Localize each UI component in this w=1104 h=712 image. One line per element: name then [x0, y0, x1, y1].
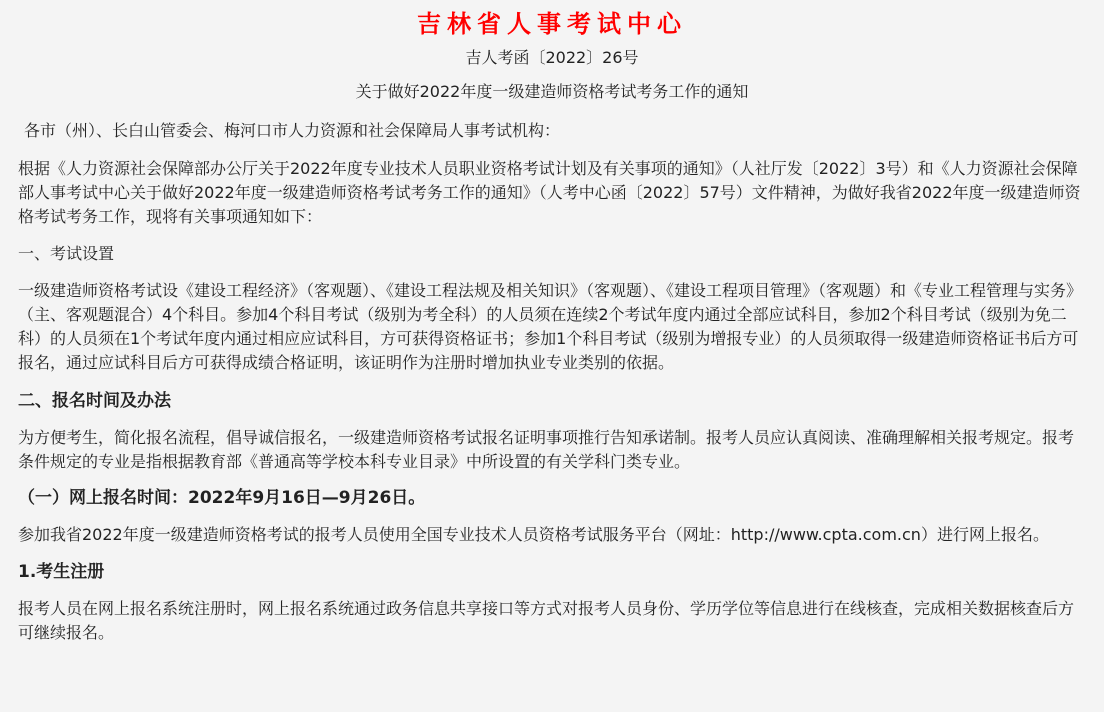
section2-body: 为方便考生，简化报名流程，倡导诚信报名，一级建造师资格考试报名证明事项推行告知承… [18, 426, 1086, 474]
section1-body: 一级建造师资格考试设《建设工程经济》（客观题）、《建设工程法规及相关知识》（客观… [18, 279, 1086, 375]
section1-heading: 一、考试设置 [18, 242, 1086, 266]
registration-text-after-link: ）进行网上报名。 [921, 525, 1049, 544]
cpta-link[interactable]: http://www.cpta.com.cn [731, 525, 921, 544]
online-registration-paragraph: 参加我省2022年度一级建造师资格考试的报考人员使用全国专业技术人员资格考试服务… [18, 523, 1086, 547]
section2-heading: 二、报名时间及办法 [18, 389, 1086, 413]
registration-text-before-link: 参加我省2022年度一级建造师资格考试的报考人员使用全国专业技术人员资格考试服务… [18, 525, 731, 544]
candidate-registration-body: 报考人员在网上报名系统注册时，网上报名系统通过政务信息共享接口等方式对报考人员身… [18, 597, 1086, 645]
document-number: 吉人考函〔2022〕26号 [18, 43, 1086, 73]
candidate-registration-heading: 1.考生注册 [18, 560, 1086, 584]
issuer-title: 吉林省人事考试中心 [18, 0, 1086, 43]
addressee: 各市（州）、长白山管委会、梅河口市人力资源和社会保障局人事考试机构： [18, 119, 1086, 143]
online-registration-time-heading: （一）网上报名时间：2022年9月16日—9月26日。 [18, 486, 1086, 510]
intro-paragraph: 根据《人力资源社会保障部办公厅关于2022年度专业技术人员职业资格考试计划及有关… [18, 157, 1086, 229]
notice-subject: 关于做好2022年度一级建造师资格考试考务工作的通知 [18, 73, 1086, 111]
notice-document: 吉林省人事考试中心 吉人考函〔2022〕26号 关于做好2022年度一级建造师资… [0, 0, 1104, 645]
